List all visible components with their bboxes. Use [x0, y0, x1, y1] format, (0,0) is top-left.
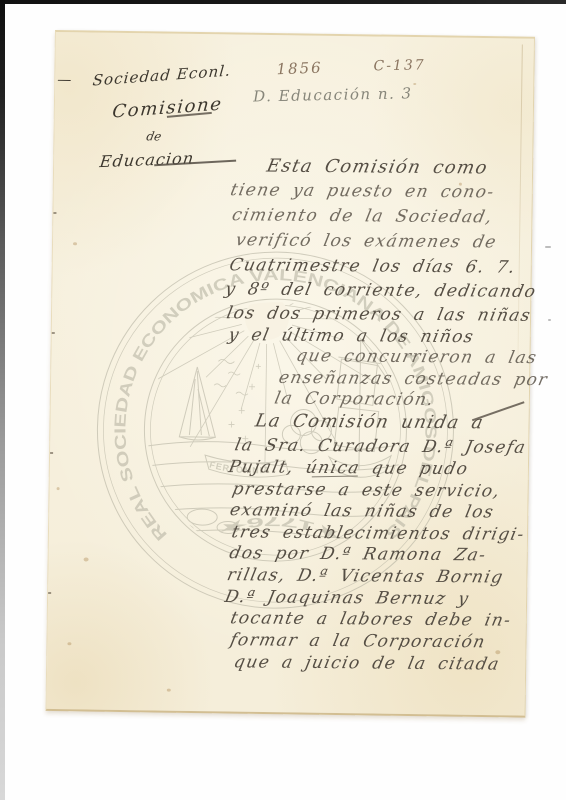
- foxing-spot: [73, 242, 77, 245]
- margin-header-line: Sociedad Econl.: [92, 62, 232, 90]
- scanner-edge-left: [0, 0, 5, 800]
- paper-sheet: REAL SOCIEDAD ECONOMICA VALENCIANA DE AM…: [45, 30, 534, 718]
- scan-speck: [548, 319, 551, 321]
- foxing-spot: [84, 557, 89, 561]
- scanner-edge-top: [0, 0, 566, 4]
- foxing-spot: [413, 83, 416, 85]
- handwritten-line: verificó los exámenes de: [234, 230, 499, 252]
- edge-mark: [53, 212, 56, 214]
- foxing-spot: [57, 487, 60, 490]
- handwritten-line: y el último a los niños: [227, 325, 476, 347]
- handwritten-line: examinó las niñas de los: [228, 500, 496, 522]
- handwritten-line: enseñanzas costeadas por: [277, 368, 550, 390]
- handwritten-line: tocante a labores debe in-: [229, 608, 514, 630]
- annotation-year: 1856: [276, 59, 323, 79]
- handwritten-line: prestarse a este servicio,: [230, 479, 502, 501]
- handwritten-line: los dos primeros a las niñas: [225, 303, 533, 326]
- handwritten-line: y 8º del corriente, dedicando: [223, 279, 538, 302]
- margin-dash: —: [56, 72, 73, 88]
- foxing-spot: [67, 642, 71, 645]
- handwritten-line: tres establecimientos dirigi-: [230, 522, 527, 545]
- handwritten-line: D.ª Joaquinas Bernuz y: [223, 587, 471, 609]
- scan-speck: [545, 246, 551, 248]
- handwritten-line: dos por D.ª Ramona Za-: [228, 543, 489, 565]
- scanned-document-page: { "page": { "kind": "Scanned handwritten…: [0, 0, 566, 800]
- handwritten-line: la Sra. Curadora D.ª Josefa: [233, 435, 528, 457]
- handwritten-line: tiene ya puesto en cono-: [229, 180, 497, 202]
- handwritten-line: rillas, D.ª Vicentas Bornig: [225, 565, 505, 587]
- margin-header-line: Educacion: [99, 149, 196, 172]
- edge-mark: [50, 452, 53, 454]
- handwritten-line: que a juicio de la citada: [232, 652, 502, 674]
- handwritten-line: formar a la Corporación: [228, 630, 487, 652]
- handwritten-line: Esta Comisión como: [265, 156, 490, 179]
- margin-header-line: de: [145, 129, 162, 143]
- haystack-icon: [179, 367, 216, 440]
- handwritten-line: la Corporación.: [273, 389, 436, 410]
- handwritten-line: Cuatrimestre los días 6. 7.: [228, 255, 518, 277]
- edge-mark: [52, 332, 55, 334]
- annotation-classification: D. Educación n. 3: [253, 84, 413, 105]
- annotation-reference: C-137: [373, 57, 425, 74]
- margin-header-line: Comisione: [111, 94, 223, 123]
- edge-mark: [48, 592, 51, 594]
- handwritten-line: que concurrieron a las: [294, 346, 539, 368]
- handwritten-line: La Comisión unida a: [253, 410, 486, 433]
- foxing-spot: [167, 689, 171, 692]
- handwritten-line: cimiento de la Sociedad,: [230, 205, 494, 227]
